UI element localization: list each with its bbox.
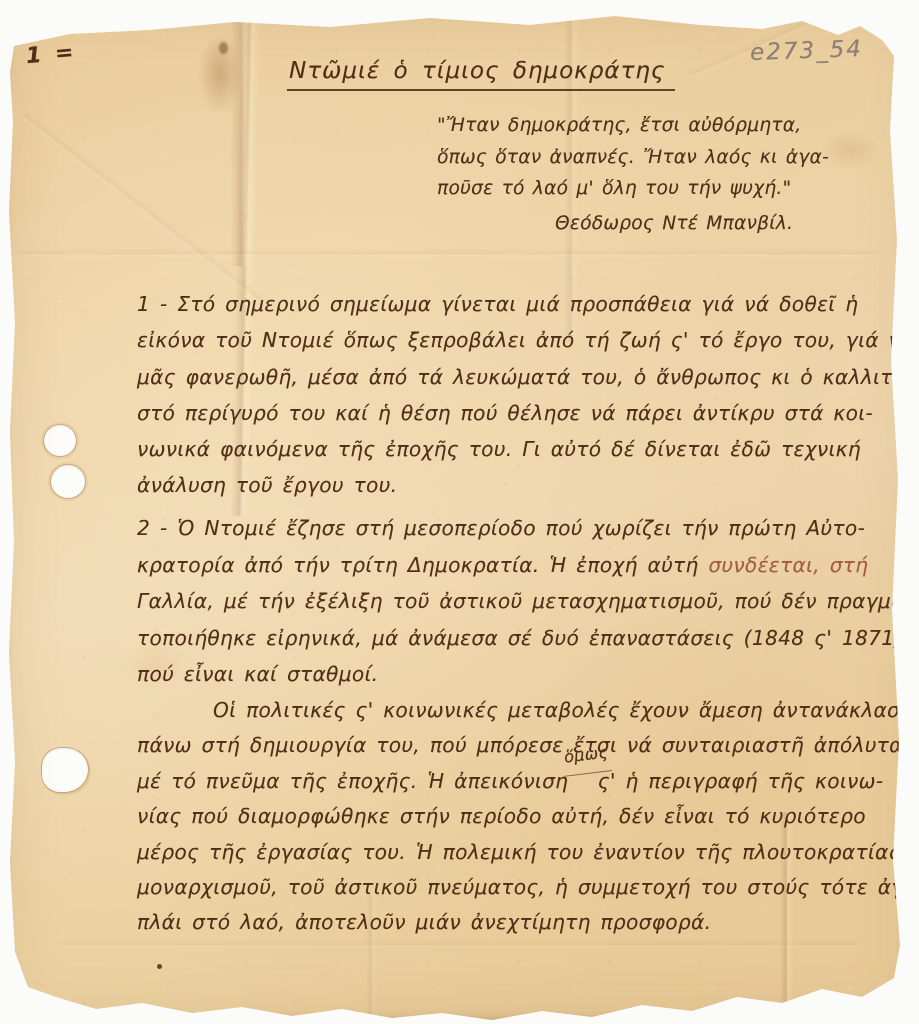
text-segment: νωνικά φαινόμενα τῆς ἐποχῆς του. Γι αὐτό…	[137, 437, 861, 461]
text-segment: ς' ἡ περιγραφή τῆς κοινω-	[588, 769, 883, 793]
text-segment: Γαλλία, μέ τήν ἐξέλιξη τοῦ ἀστικοῦ μετασ…	[137, 589, 912, 613]
page-number-mark: 1 =	[25, 40, 77, 69]
text-line: μοναρχισμοῦ, τοῦ ἀστικοῦ πνεύματος, ἡ συ…	[137, 870, 902, 905]
paragraph-1: 1 - Στό σημερινό σημείωμα γίνεται μιά πρ…	[137, 286, 902, 504]
correction-text: συνδέεται, στή	[708, 553, 868, 577]
text-segment: μέρος τῆς ἐργασίας του. Ἡ πολεμική του ἐ…	[137, 840, 919, 864]
text-line: πλάι στό λαό, ἀποτελοῦν μιάν ἀνεχτίμητη …	[137, 905, 902, 940]
text-line: 2 - Ὁ Ντομιέ ἔζησε στή μεσοπερίοδο πού χ…	[137, 510, 902, 547]
text-line: Οἱ πολιτικές ς' κοινωνικές μεταβολές ἔχο…	[137, 693, 902, 728]
scan-background: 1 = e273_54 Ντῶμιέ ὁ τίμιος δημοκράτης "…	[0, 0, 919, 1024]
paper-sheet: 1 = e273_54 Ντῶμιέ ὁ τίμιος δημοκράτης "…	[0, 0, 919, 1024]
text-line: ἀνάλυση τοῦ ἔργου του.	[137, 467, 902, 503]
punch-hole	[51, 465, 85, 498]
text-segment: πλάι στό λαό, ἀποτελοῦν μιάν ἀνεχτίμητη …	[137, 910, 711, 934]
epigraph-line: ὅπως ὅταν ἀναπνές. Ἤταν λαός κι ἀγα-	[437, 142, 829, 174]
text-segment: ἀνάλυση τοῦ ἔργου του.	[137, 473, 397, 497]
epigraph-attribution: Θεόδωρος Ντέ Μπανβίλ.	[555, 208, 829, 240]
text-line: μέ τό πνεῦμα τῆς ἐποχῆς. Ἡ ἀπεικόνιση ὅμ…	[137, 764, 902, 799]
inserted-word: ὅμως	[560, 735, 613, 778]
paragraph-3: Οἱ πολιτικές ς' κοινωνικές μεταβολές ἔχο…	[137, 693, 902, 941]
text-line: πάνω στή δημιουργία του, πού μπόρεσε ἔτσ…	[137, 728, 902, 763]
text-segment: στό περίγυρό του καί ἡ θέση πού θέλησε ν…	[137, 401, 873, 425]
text-segment: νίας πού διαμορφώθηκε στήν περίοδο αὐτή,…	[137, 804, 866, 828]
text-segment: τοποιήθηκε εἰρηνικά, μά ἀνάμεσα σέ δυό ἐ…	[137, 626, 903, 650]
text-line: μέρος τῆς ἐργασίας του. Ἡ πολεμική του ἐ…	[137, 835, 902, 870]
text-line: κρατορία ἀπό τήν τρίτη Δημοκρατία. Ἡ ἐπο…	[137, 547, 902, 584]
paper-stain	[820, 130, 880, 170]
epigraph-line: "Ἤταν δημοκράτης, ἔτσι αὐθόρμητα,	[437, 110, 829, 142]
epigraph: "Ἤταν δημοκράτης, ἔτσι αὐθόρμητα, ὅπως ὅ…	[437, 110, 829, 239]
text-line: μᾶς φανερωθῆ, μέσα ἀπό τά λευκώματά του,…	[137, 359, 902, 395]
punch-hole	[42, 748, 88, 792]
fold-crease	[60, 940, 860, 950]
text-line: 1 - Στό σημερινό σημείωμα γίνεται μιά πρ…	[137, 286, 902, 322]
text-segment: Οἱ πολιτικές ς' κοινωνικές μεταβολές ἔχο…	[213, 698, 913, 722]
archival-code: e273_54	[750, 36, 864, 66]
text-line: στό περίγυρό του καί ἡ θέση πού θέλησε ν…	[137, 395, 902, 431]
text-segment: εἰκόνα τοῦ Ντομιέ ὅπως ξεπροβάλει ἀπό τή…	[137, 328, 914, 352]
text-segment: μέ τό πνεῦμα τῆς ἐποχῆς. Ἡ ἀπεικόνιση	[137, 769, 578, 793]
paper-stain	[198, 34, 242, 114]
paper-stain	[219, 42, 228, 54]
text-segment: μοναρχισμοῦ, τοῦ ἀστικοῦ πνεύματος, ἡ συ…	[137, 875, 919, 899]
paragraph-2: 2 - Ὁ Ντομιέ ἔζησε στή μεσοπερίοδο πού χ…	[137, 510, 902, 693]
punch-hole	[44, 425, 76, 456]
text-line: πού εἶναι καί σταθμοί.	[137, 656, 902, 693]
text-segment: πάνω στή δημιουργία του, πού μπόρεσε ἔτσ…	[137, 733, 903, 757]
text-segment: κρατορία ἀπό τήν τρίτη Δημοκρατία. Ἡ ἐπο…	[137, 553, 708, 577]
fold-crease	[18, 248, 878, 260]
text-line: Γαλλία, μέ τήν ἐξέλιξη τοῦ ἀστικοῦ μετασ…	[137, 583, 902, 620]
document-title: Ντῶμιέ ὁ τίμιος δημοκράτης	[287, 58, 675, 91]
text-segment: πού εἶναι καί σταθμοί.	[137, 662, 378, 686]
fold-crease	[230, 16, 256, 266]
text-segment: 1 - Στό σημερινό σημείωμα γίνεται μιά πρ…	[137, 292, 858, 316]
fold-crease	[20, 111, 264, 305]
text-segment: μᾶς φανερωθῆ, μέσα ἀπό τά λευκώματά του,…	[137, 365, 919, 389]
text-line: τοποιήθηκε εἰρηνικά, μά ἀνάμεσα σέ δυό ἐ…	[137, 620, 902, 657]
text-line: εἰκόνα τοῦ Ντομιέ ὅπως ξεπροβάλει ἀπό τή…	[137, 322, 902, 358]
epigraph-line: ποῦσε τό λαό μ' ὅλη του τήν ψυχή."	[437, 173, 829, 205]
paper-stain	[157, 964, 162, 969]
text-line: νίας πού διαμορφώθηκε στήν περίοδο αὐτή,…	[137, 799, 902, 834]
text-segment: 2 - Ὁ Ντομιέ ἔζησε στή μεσοπερίοδο πού χ…	[137, 516, 865, 540]
text-line: νωνικά φαινόμενα τῆς ἐποχῆς του. Γι αὐτό…	[137, 431, 902, 467]
